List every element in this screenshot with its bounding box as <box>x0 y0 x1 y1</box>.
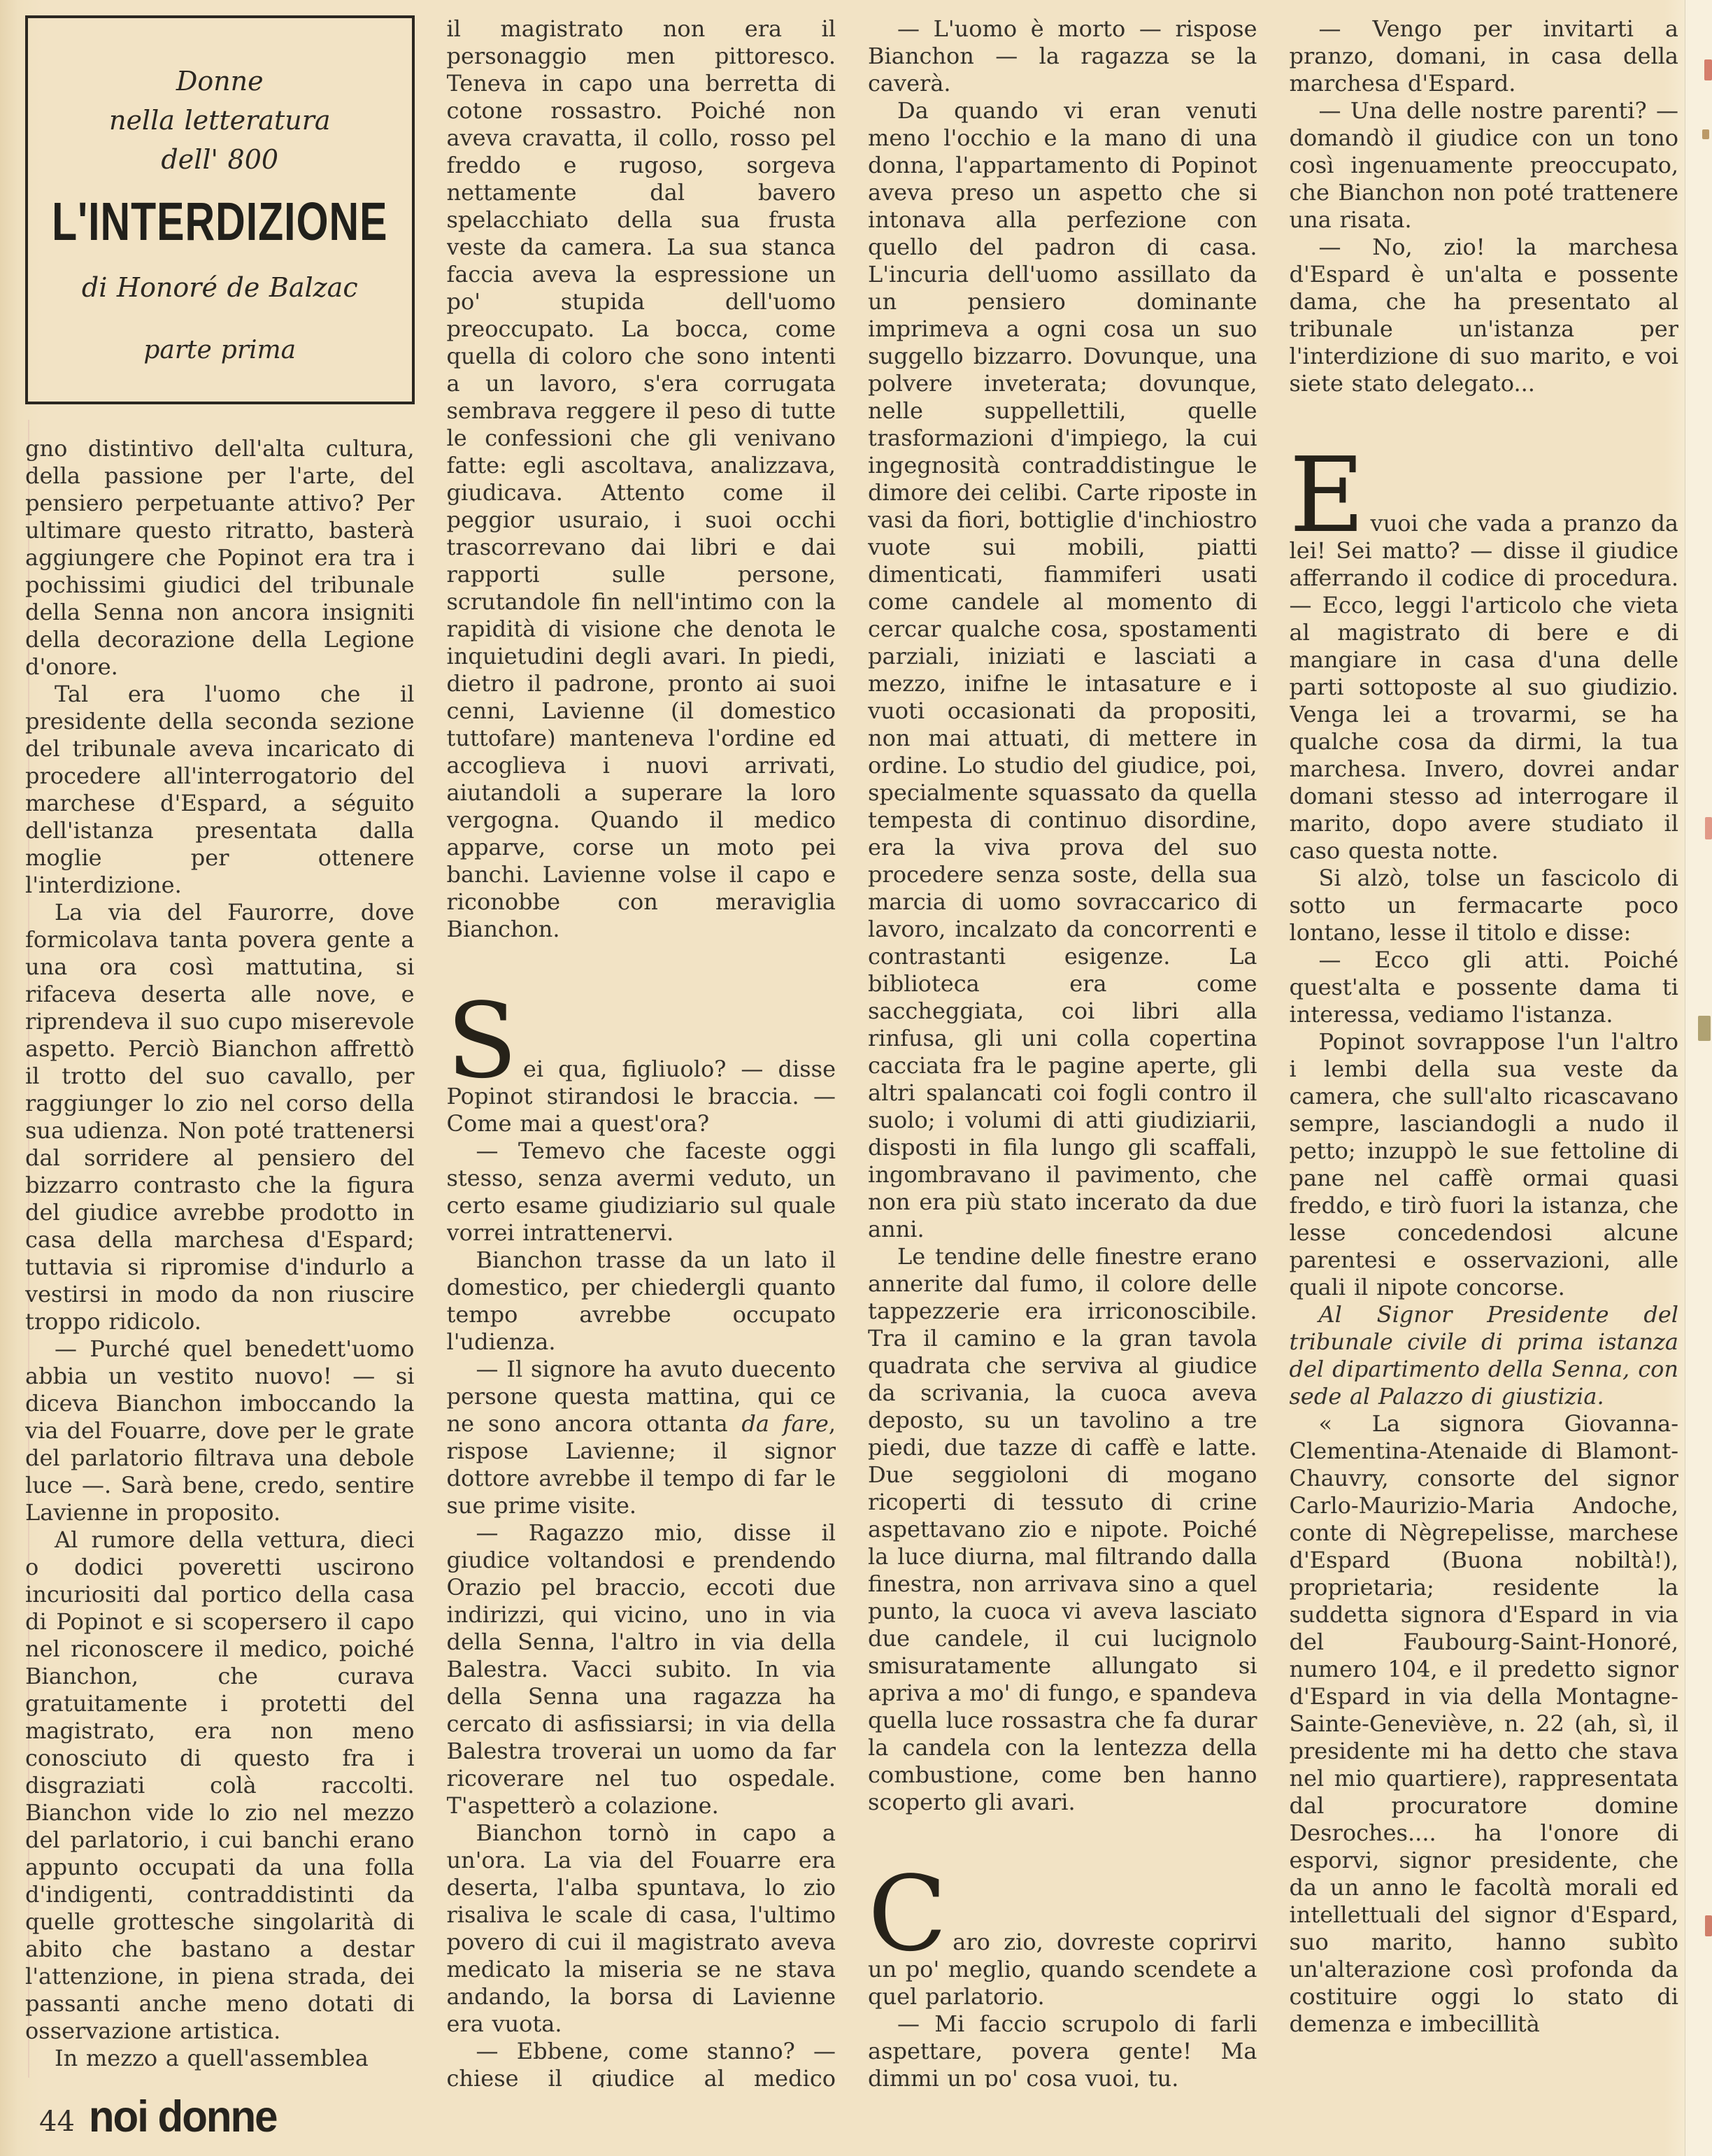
article-byline: di Honoré de Balzac <box>28 274 412 302</box>
paragraph: La via del Faurorre, dove formicolava ta… <box>25 899 415 1335</box>
drop-cap-letter: S <box>447 981 518 1101</box>
paragraph: Al rumore della vettura, dieci o dodici … <box>25 1526 415 2045</box>
paragraph: — No, zio! la marchesa d'Espard è un'alt… <box>1290 234 1679 397</box>
series-kicker: Donne nella letteratura dell' 800 <box>28 62 412 179</box>
scan-mark <box>1702 129 1709 139</box>
paragraph: Le tendine delle finestre erano annerite… <box>868 1243 1257 1816</box>
article-column-1: Donne nella letteratura dell' 800 L'INTE… <box>25 15 415 2087</box>
article-column-3: — L'uomo è morto — rispose Bianchon — la… <box>868 15 1257 2087</box>
paragraph: Bianchon tornò in capo a un'ora. La via … <box>447 1820 836 2038</box>
paragraph: — Una delle nostre parenti? — domandò il… <box>1290 97 1679 234</box>
paragraph: Si alzò, tolse un fascicolo di sotto un … <box>1290 865 1679 946</box>
page-footer: 44 noi donne <box>39 2092 277 2141</box>
dropcap-paragraph: Sei qua, figliuolo? — disse Popinot stir… <box>447 1041 836 1137</box>
article-column-4: — Vengo per invitarti a pranzo, domani, … <box>1290 15 1679 2087</box>
paragraph: — L'uomo è morto — rispose Bianchon — la… <box>868 15 1257 97</box>
series-kicker-line: dell' 800 <box>28 140 412 179</box>
paragraph: — Vengo per invitarti a pranzo, domani, … <box>1290 15 1679 97</box>
paragraph: il magistrato non era il personaggio men… <box>447 15 836 943</box>
paragraph: — Mi faccio scrupolo di farli aspettare,… <box>868 2010 1257 2087</box>
drop-cap-letter: E <box>1290 435 1365 555</box>
paragraph: Da quando vi eran venuti meno l'occhio e… <box>868 97 1257 1243</box>
paragraph: — Temevo che faceste oggi stesso, senza … <box>447 1137 836 1247</box>
paragraph: — Purché quel benedett'uomo abbia un ves… <box>25 1335 415 1526</box>
paragraph: « La signora Giovanna-Clementina-Atenaid… <box>1290 1410 1679 2038</box>
paragraph: — Ecco gli atti. Poiché quest'alta e pos… <box>1290 946 1679 1028</box>
article-title: L'INTERDIZIONE <box>52 204 387 240</box>
dropcap-paragraph: Evuoi che vada a pranzo da lei! Sei matt… <box>1290 495 1679 865</box>
page-number: 44 <box>39 2106 75 2138</box>
paragraph: In mezzo a quell'assemblea <box>25 2045 415 2072</box>
article-column-2: il magistrato non era il personaggio men… <box>447 15 836 2087</box>
scan-mark <box>1698 1016 1711 1041</box>
paragraph: Tal era l'uomo che il presidente della s… <box>25 681 415 899</box>
paragraph: — Ragazzo mio, disse il giudice voltando… <box>447 1519 836 1820</box>
scan-mark <box>1704 59 1712 80</box>
dropcap-paragraph: Caro zio, dovreste coprirvi un po' megli… <box>868 1914 1257 2010</box>
magazine-page: { "page": { "background": "#f2e3c5", "in… <box>0 0 1712 2156</box>
paragraph: Bianchon trasse da un lato il domestico,… <box>447 1247 836 1356</box>
scan-mark <box>1705 1915 1712 1936</box>
article-body: Donne nella letteratura dell' 800 L'INTE… <box>25 15 1678 2087</box>
series-kicker-line: nella letteratura <box>28 101 412 140</box>
paragraph: — Il signore ha avuto duecento persone q… <box>447 1356 836 1519</box>
drop-cap-letter: C <box>868 1854 947 1974</box>
scan-mark <box>1705 817 1712 839</box>
paragraph: gno distintivo dell'alta cultura, della … <box>25 435 415 681</box>
magazine-logo: noi donne <box>89 2091 277 2141</box>
article-header-box: Donne nella letteratura dell' 800 L'INTE… <box>25 15 415 404</box>
series-kicker-line: Donne <box>28 62 412 101</box>
article-part-label: parte prima <box>28 336 412 364</box>
paper-right-edge <box>1685 0 1712 2156</box>
paragraph: — Ebbene, come stanno? — chiese il giudi… <box>447 2038 836 2087</box>
paragraph: Al Signor Presidente del tribunale civil… <box>1290 1301 1679 1410</box>
paragraph: Popinot sovrappose l'un l'altro i lembi … <box>1290 1028 1679 1301</box>
